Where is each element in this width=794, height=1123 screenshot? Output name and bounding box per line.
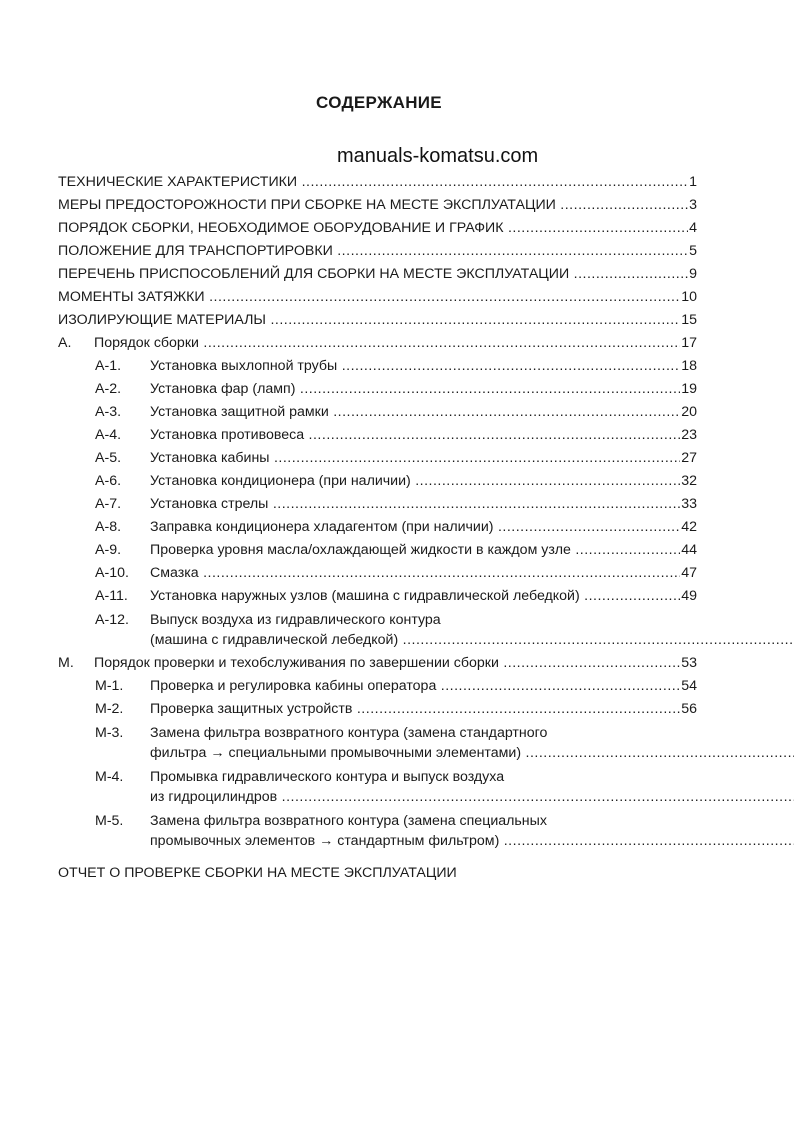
toc-subentry-page: 56	[680, 698, 697, 721]
watermark-text: manuals-komatsu.com	[337, 145, 538, 168]
toc-subentry-number: A-12.	[95, 610, 150, 650]
toc-section-m[interactable]: M.Порядок проверки и техобслуживания по …	[58, 652, 697, 675]
toc-subentry-title: промывочных элементов → стандартным филь…	[150, 831, 794, 851]
toc-entry-title: ПЕРЕЧЕНЬ ПРИСПОСОБЛЕНИЙ ДЛЯ СБОРКИ НА МЕ…	[58, 263, 688, 286]
toc-entry-page: 1	[688, 171, 697, 194]
toc-subentry[interactable]: A-10.Смазка47	[58, 562, 697, 585]
toc-subentry[interactable]: M-4. Промывка гидравлического контура и …	[58, 765, 697, 809]
toc-section-number: M.	[58, 652, 94, 675]
toc-entry-title: МЕРЫ ПРЕДОСТОРОЖНОСТИ ПРИ СБОРКЕ НА МЕСТ…	[58, 194, 688, 217]
toc-subentry-title: Установка противовеса	[150, 424, 680, 447]
toc-subentry-page: 19	[680, 378, 697, 401]
toc-subentry-page: 42	[680, 516, 697, 539]
toc-subentry[interactable]: A-9.Проверка уровня масла/охлаждающей жи…	[58, 539, 697, 562]
toc-entry-title: ПОЛОЖЕНИЕ ДЛЯ ТРАНСПОРТИРОВКИ	[58, 240, 688, 263]
toc-entry-page: 4	[688, 217, 697, 240]
toc-subentry-title-line: Промывка гидравлического контура и выпус…	[150, 767, 794, 787]
toc-entry[interactable]: МОМЕНТЫ ЗАТЯЖКИ10	[58, 286, 697, 309]
toc-entry-title: ИЗОЛИРУЮЩИЕ МАТЕРИАЛЫ	[58, 309, 680, 332]
toc-subentry[interactable]: A-4.Установка противовеса23	[58, 424, 697, 447]
toc-entry-report[interactable]: ОТЧЕТ О ПРОВЕРКЕ СБОРКИ НА МЕСТЕ ЭКСПЛУА…	[58, 865, 457, 881]
toc-section-number: A.	[58, 332, 94, 355]
toc-entry-title: МОМЕНТЫ ЗАТЯЖКИ	[58, 286, 680, 309]
toc-entry[interactable]: ТЕХНИЧЕСКИЕ ХАРАКТЕРИСТИКИ1	[58, 171, 697, 194]
toc-entry-title: ПОРЯДОК СБОРКИ, НЕОБХОДИМОЕ ОБОРУДОВАНИЕ…	[58, 217, 688, 240]
toc-entry-page: 3	[688, 194, 697, 217]
toc-subentry-number: A-6.	[95, 470, 150, 493]
toc-subentry-number: A-11.	[95, 585, 150, 608]
toc-entry[interactable]: ИЗОЛИРУЮЩИЕ МАТЕРИАЛЫ15	[58, 309, 697, 332]
toc-section-page: 53	[680, 652, 697, 675]
table-of-contents: ТЕХНИЧЕСКИЕ ХАРАКТЕРИСТИКИ1 МЕРЫ ПРЕДОСТ…	[58, 171, 697, 853]
toc-subentry-title: из гидроцилиндров	[150, 787, 794, 807]
toc-subentry[interactable]: M-1.Проверка и регулировка кабины операт…	[58, 675, 697, 698]
toc-section-a[interactable]: A.Порядок сборки17	[58, 332, 697, 355]
toc-subentry-number: A-1.	[95, 355, 150, 378]
toc-subentry[interactable]: M-2.Проверка защитных устройств56	[58, 698, 697, 721]
toc-subentry-title: Установка фар (ламп)	[150, 378, 680, 401]
toc-subentry-title: Проверка уровня масла/охлаждающей жидкос…	[150, 539, 680, 562]
toc-subentry-title: Установка кабины	[150, 447, 680, 470]
toc-section-page: 17	[680, 332, 697, 355]
toc-subentry-title: Проверка защитных устройств	[150, 698, 680, 721]
toc-subentry-page: 44	[680, 539, 697, 562]
toc-entry-page: 15	[680, 309, 697, 332]
toc-subentry-number: A-9.	[95, 539, 150, 562]
toc-subentry[interactable]: A-2.Установка фар (ламп)19	[58, 378, 697, 401]
toc-subentry[interactable]: A-1.Установка выхлопной трубы18	[58, 355, 697, 378]
toc-entry-page: 10	[680, 286, 697, 309]
toc-subentry-title-line: Замена фильтра возвратного контура (заме…	[150, 723, 794, 743]
toc-subentry-page: 20	[680, 401, 697, 424]
toc-subentry-number: M-5.	[95, 811, 150, 851]
toc-section-title: Порядок проверки и техобслуживания по за…	[94, 652, 680, 675]
toc-subentry-page: 18	[680, 355, 697, 378]
toc-subentry-number: A-3.	[95, 401, 150, 424]
toc-subentry-number: M-2.	[95, 698, 150, 721]
toc-subentry[interactable]: A-5.Установка кабины27	[58, 447, 697, 470]
toc-subentry-number: M-1.	[95, 675, 150, 698]
toc-subentry-title: Установка наружных узлов (машина с гидра…	[150, 585, 680, 608]
toc-subentry-number: A-4.	[95, 424, 150, 447]
toc-subentry-number: A-10.	[95, 562, 150, 585]
toc-entry-page: 9	[688, 263, 697, 286]
toc-subentry-page: 49	[680, 585, 697, 608]
toc-subentry[interactable]: A-3.Установка защитной рамки20	[58, 401, 697, 424]
toc-subentry-page: 27	[680, 447, 697, 470]
toc-entry[interactable]: ПЕРЕЧЕНЬ ПРИСПОСОБЛЕНИЙ ДЛЯ СБОРКИ НА МЕ…	[58, 263, 697, 286]
toc-subentry-page: 33	[680, 493, 697, 516]
toc-subentry-number: A-5.	[95, 447, 150, 470]
page-title: СОДЕРЖАНИЕ	[0, 93, 758, 113]
toc-subentry-number: A-2.	[95, 378, 150, 401]
toc-subentry-number: A-7.	[95, 493, 150, 516]
toc-subentry-title-line: Выпуск воздуха из гидравлического контур…	[150, 610, 794, 630]
toc-subentry-title: Смазка	[150, 562, 680, 585]
toc-subentry-title: Заправка кондиционера хладагентом (при н…	[150, 516, 680, 539]
toc-entry-title: ТЕХНИЧЕСКИЕ ХАРАКТЕРИСТИКИ	[58, 171, 688, 194]
toc-subentry-page: 47	[680, 562, 697, 585]
toc-entry[interactable]: МЕРЫ ПРЕДОСТОРОЖНОСТИ ПРИ СБОРКЕ НА МЕСТ…	[58, 194, 697, 217]
toc-subentry-title: Установка стрелы	[150, 493, 680, 516]
toc-subentry[interactable]: A-8.Заправка кондиционера хладагентом (п…	[58, 516, 697, 539]
toc-subentry-page: 23	[680, 424, 697, 447]
toc-subentry[interactable]: A-7.Установка стрелы33	[58, 493, 697, 516]
toc-subentry[interactable]: A-6.Установка кондиционера (при наличии)…	[58, 470, 697, 493]
toc-subentry-title: Установка выхлопной трубы	[150, 355, 680, 378]
toc-subentry-title: фильтра → специальными промывочными элем…	[150, 743, 794, 763]
toc-subentry-title: Установка кондиционера (при наличии)	[150, 470, 680, 493]
toc-subentry[interactable]: M-3. Замена фильтра возвратного контура …	[58, 721, 697, 765]
toc-subentry-page: 32	[680, 470, 697, 493]
toc-entry-page: 5	[688, 240, 697, 263]
toc-subentry[interactable]: A-12. Выпуск воздуха из гидравлического …	[58, 608, 697, 652]
toc-subentry-title: Проверка и регулировка кабины оператора	[150, 675, 680, 698]
toc-subentry-number: M-4.	[95, 767, 150, 807]
toc-subentry[interactable]: M-5. Замена фильтра возвратного контура …	[58, 809, 697, 853]
toc-subentry-title-line: Замена фильтра возвратного контура (заме…	[150, 811, 794, 831]
toc-section-title: Порядок сборки	[94, 332, 680, 355]
toc-subentry-number: A-8.	[95, 516, 150, 539]
toc-entry[interactable]: ПОЛОЖЕНИЕ ДЛЯ ТРАНСПОРТИРОВКИ5	[58, 240, 697, 263]
toc-subentry-title: (машина с гидравлической лебедкой)	[150, 630, 794, 650]
toc-subentry-title: Установка защитной рамки	[150, 401, 680, 424]
toc-entry[interactable]: ПОРЯДОК СБОРКИ, НЕОБХОДИМОЕ ОБОРУДОВАНИЕ…	[58, 217, 697, 240]
toc-subentry[interactable]: A-11.Установка наружных узлов (машина с …	[58, 585, 697, 608]
toc-subentry-number: M-3.	[95, 723, 150, 763]
toc-subentry-page: 54	[680, 675, 697, 698]
